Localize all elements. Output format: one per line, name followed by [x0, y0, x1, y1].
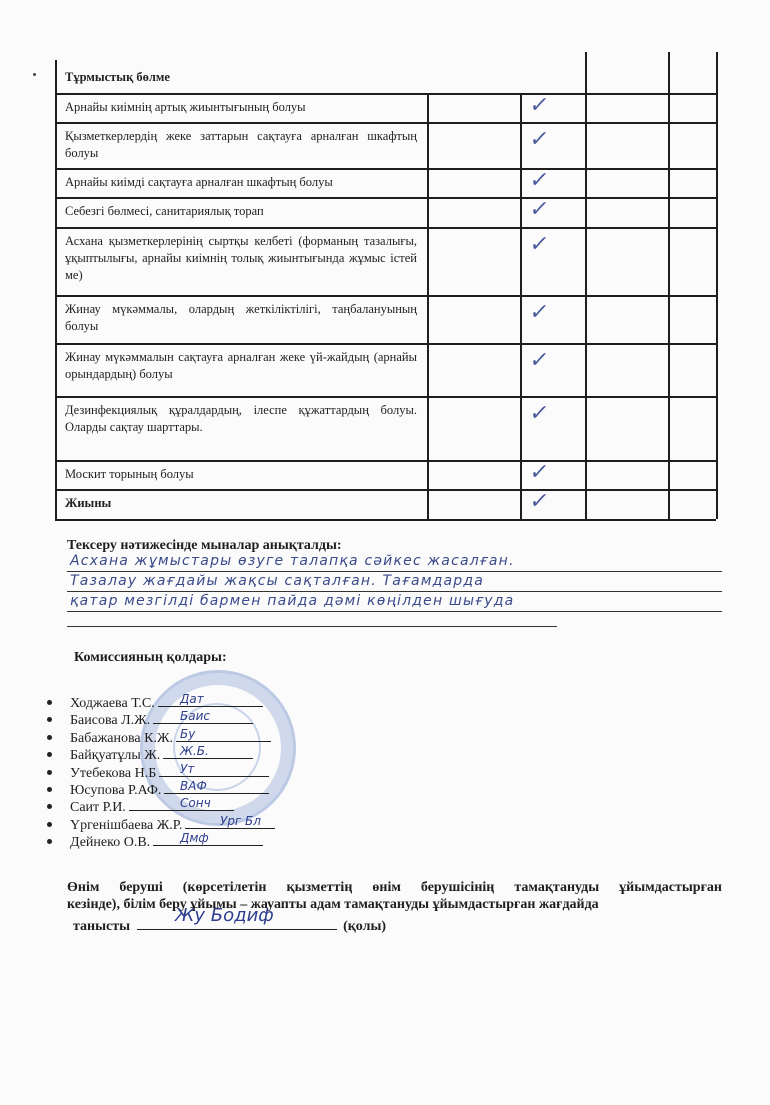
- table-border: [55, 197, 716, 199]
- commission-title: Комиссияның қолдары:: [74, 650, 227, 666]
- row-label: Арнайы киімнің артық жиынтығының болуы: [65, 99, 417, 116]
- checkmark-icon: ✓: [528, 348, 551, 373]
- signature-line: [159, 763, 269, 777]
- section-header: Тұрмыстық бөлме: [65, 69, 415, 86]
- handwritten-finding-line: Асхана жұмыстары өзуге талапқа сәйкес жа…: [70, 553, 515, 569]
- commission-member: Бабажанова К.Ж.Бу: [40, 728, 275, 745]
- member-name: Үргенішбаева Ж.Р.: [70, 818, 182, 833]
- checkmark-icon: ✓: [528, 300, 551, 325]
- member-signature: Ург Бл: [220, 813, 261, 830]
- handwritten-finding-line: Тазалау жағдайы жақсы сақталған. Тағамда…: [70, 573, 484, 589]
- table-border: [55, 343, 716, 345]
- document-page: Тұрмыстық бөлмеАрнайы киімнің артық жиын…: [0, 0, 770, 1105]
- commission-member: Дейнеко О.В.Дмф: [40, 832, 275, 849]
- row-label: Дезинфекциялық құралдардың, ілеспе құжат…: [65, 402, 417, 436]
- member-name: Дейнеко О.В.: [70, 835, 150, 850]
- table-border: [520, 93, 522, 519]
- ruled-line: [67, 611, 722, 612]
- member-name: Саит Р.И.: [70, 800, 126, 815]
- producer-line-2: кезінде), білім беру ұйымы – жауапты ада…: [67, 896, 722, 913]
- member-signature: ВАФ: [180, 778, 207, 795]
- commission-member: Юсупова Р.АФ.ВАФ: [40, 780, 275, 797]
- acquainted-label: танысты: [73, 919, 130, 934]
- row-label: Москит торының болуы: [65, 466, 417, 483]
- checkmark-icon: ✓: [528, 460, 551, 485]
- table-border: [427, 93, 429, 519]
- row-label: Қызметкерлердің жеке заттарын сақтауға а…: [65, 128, 417, 162]
- table-border: [55, 396, 716, 398]
- signature-caption: (қолы): [343, 919, 386, 934]
- member-name: Бабажанова К.Ж.: [70, 731, 173, 746]
- table-border: [55, 295, 716, 297]
- member-signature: Ут: [180, 761, 194, 778]
- commission-member: Ходжаева Т.С.Дат: [40, 693, 275, 710]
- commission-member: Байқуатұлы Ж.Ж.Б.: [40, 745, 275, 762]
- table-border: [55, 93, 716, 95]
- member-signature: Дмф: [180, 830, 209, 847]
- member-name: Ходжаева Т.С.: [70, 696, 155, 711]
- table-border: [55, 122, 716, 124]
- member-signature: Баис: [180, 708, 210, 725]
- table-border: [55, 489, 716, 491]
- checkmark-icon: ✓: [528, 401, 551, 426]
- commission-member: Үргенішбаева Ж.Р.Ург Бл: [40, 815, 275, 832]
- table-border: [55, 60, 57, 519]
- table-border: [55, 168, 716, 170]
- checkmark-icon: ✓: [528, 127, 551, 152]
- signature-line: [158, 693, 263, 707]
- member-signature: Бу: [180, 726, 195, 743]
- checkmark-icon: ✓: [528, 489, 551, 514]
- table-border: [55, 227, 716, 229]
- member-signature: Дат: [180, 691, 204, 708]
- row-label: Арнайы киімді сақтауға арналған шкафтың …: [65, 174, 417, 191]
- ruled-line: [67, 626, 557, 627]
- table-border: [716, 52, 718, 519]
- commission-members-list: Ходжаева Т.С.ДатБаисова Л.Ж.БаисБабажано…: [40, 693, 275, 850]
- checkmark-icon: ✓: [528, 197, 551, 222]
- scan-artifact-dot: [33, 73, 36, 76]
- commission-member: Баисова Л.Ж.Баис: [40, 710, 275, 727]
- member-name: Утебекова Н.Б: [70, 766, 156, 781]
- member-name: Юсупова Р.АФ.: [70, 783, 161, 798]
- commission-member: Утебекова Н.БУт: [40, 763, 275, 780]
- checkmark-icon: ✓: [528, 232, 551, 257]
- producer-statement: Өнім беруші (көрсетілетін қызметтің өнім…: [67, 879, 722, 913]
- member-signature: Ж.Б.: [180, 743, 209, 760]
- row-label: Жиыны: [65, 495, 417, 512]
- member-signature: Сонч: [180, 795, 211, 812]
- row-label: Себезгі бөлмесі, санитариялық торап: [65, 203, 417, 220]
- row-label: Жинау мүкәммалы, олардың жеткіліктілігі,…: [65, 301, 417, 335]
- row-label: Жинау мүкәммалын сақтауға арналған жеке …: [65, 349, 417, 383]
- producer-line-1: Өнім беруші (көрсетілетін қызметтің өнім…: [67, 879, 722, 896]
- member-name: Байқуатұлы Ж.: [70, 748, 160, 763]
- handwritten-finding-line: қатар мезгілді бармен пайда дәмі көңілде…: [70, 593, 514, 609]
- row-label: Асхана қызметкерлерінің сыртқы келбеті (…: [65, 233, 417, 284]
- table-border: [55, 519, 716, 521]
- producer-signature: Жу Бодиф: [175, 905, 274, 926]
- table-border: [55, 460, 716, 462]
- findings-title: Тексеру нәтижесінде мыналар анықталды:: [67, 538, 342, 554]
- checkmark-icon: ✓: [528, 168, 551, 193]
- checkmark-icon: ✓: [528, 93, 551, 118]
- member-name: Баисова Л.Ж.: [70, 713, 150, 728]
